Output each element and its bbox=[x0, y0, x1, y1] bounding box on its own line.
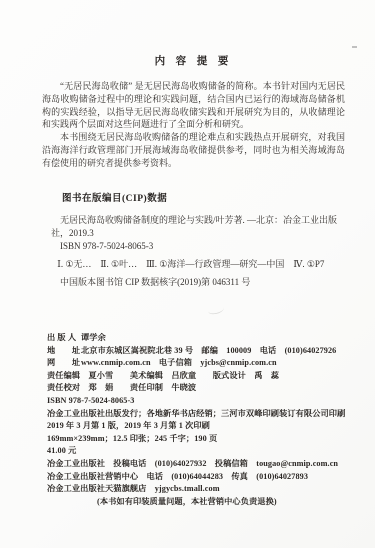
edition-row: 2019 年 3 月第 1 版，2019 年 3 月第 1 次印刷 bbox=[47, 420, 359, 433]
content-summary-section: 内 容 提 要 “无居民海岛收储” 是无居民海岛收购储备的简称。本书针对国内无居… bbox=[42, 53, 345, 170]
address-label: 地 址 bbox=[47, 345, 81, 358]
scan-artifact-dash bbox=[352, 46, 357, 48]
scan-artifact-smudge bbox=[207, 304, 224, 315]
format-row: 169mm×239mm；12.5 印张；245 千字；190 页 bbox=[47, 433, 359, 446]
cip-heading: 图书在版编目(CIP)数据 bbox=[62, 190, 339, 204]
summary-paragraph-1: “无居民海岛收储” 是无居民海岛收购储备的简称。本书针对国内无居民海岛收购储备过… bbox=[42, 80, 345, 131]
cip-title-line: 无居民海岛收购储备制度的理论与实践/叶芳著. —北京：冶金工业出版社，2019.… bbox=[51, 214, 339, 240]
cip-isbn: ISBN 978-7-5024-8065-3 bbox=[51, 240, 339, 253]
cip-record-number: 中国版本图书馆 CIP 数据核字(2019)第 046311 号 bbox=[51, 276, 339, 289]
tmall-row: 冶金工业出版社天猫旗舰店 yjgycbs.tmall.com bbox=[47, 483, 359, 496]
distribution-row: 冶金工业出版社出版发行；各地新华书店经销；三河市双峰印刷装订有限公司印刷 bbox=[47, 408, 359, 421]
submission-row: 冶金工业出版社 投稿电话 (010)64027932 投稿信箱 tougao@c… bbox=[47, 458, 359, 471]
quality-notice: (本书如有印装质量问题，本社营销中心负责退换) bbox=[97, 496, 359, 509]
website-label: 网 址 bbox=[47, 357, 81, 370]
cip-data-section: 图书在版编目(CIP)数据 无居民海岛收购储备制度的理论与实践/叶芳著. —北京… bbox=[51, 190, 339, 289]
address-value: 北京市东城区嵩祝院北巷 39 号 邮编 100009 电话 (010)64027… bbox=[81, 346, 336, 355]
colophon-section: 出 版 人谭学余 地 址北京市东城区嵩祝院北巷 39 号 邮编 100009 电… bbox=[47, 332, 359, 508]
proofread-row: 责任校对 郑 娟 责任印制 牛晓波 bbox=[47, 382, 359, 395]
website-row: 网 址www.cnmip.com.cn 电子信箱 yjcbs@cnmip.com… bbox=[47, 357, 359, 370]
summary-title: 内 容 提 要 bbox=[42, 53, 345, 68]
publisher-name: 谭学余 bbox=[81, 333, 106, 342]
book-copyright-page: 内 容 提 要 “无居民海岛收储” 是无居民海岛收购储备的简称。本书针对国内无居… bbox=[0, 0, 375, 548]
address-row: 地 址北京市东城区嵩祝院北巷 39 号 邮编 100009 电话 (010)64… bbox=[47, 345, 359, 358]
publisher-row: 出 版 人谭学余 bbox=[47, 332, 359, 345]
marketing-row: 冶金工业出版社营销中心 电话 (010)64044283 传真 (010)640… bbox=[47, 471, 359, 484]
isbn-row: ISBN 978-7-5024-8065-3 bbox=[47, 395, 359, 408]
price-row: 41.00 元 bbox=[47, 445, 359, 458]
editors-row: 责任编辑 夏小雪 美术编辑 吕欣童 版式设计 禹 蕊 bbox=[47, 370, 359, 383]
publisher-label: 出 版 人 bbox=[47, 332, 81, 345]
website-value: www.cnmip.com.cn 电子信箱 yjcbs@cnmip.com.cn bbox=[81, 358, 277, 367]
summary-paragraph-2: 本书围绕无居民海岛收购储备的理论难点和实践热点开展研究，对我国沿海海洋行政管理部… bbox=[42, 131, 345, 169]
cip-classification: Ⅰ. ①无… Ⅱ. ①叶… Ⅲ. ①海洋—行政管理—研究—中国 Ⅳ. ①P7 bbox=[51, 258, 339, 271]
